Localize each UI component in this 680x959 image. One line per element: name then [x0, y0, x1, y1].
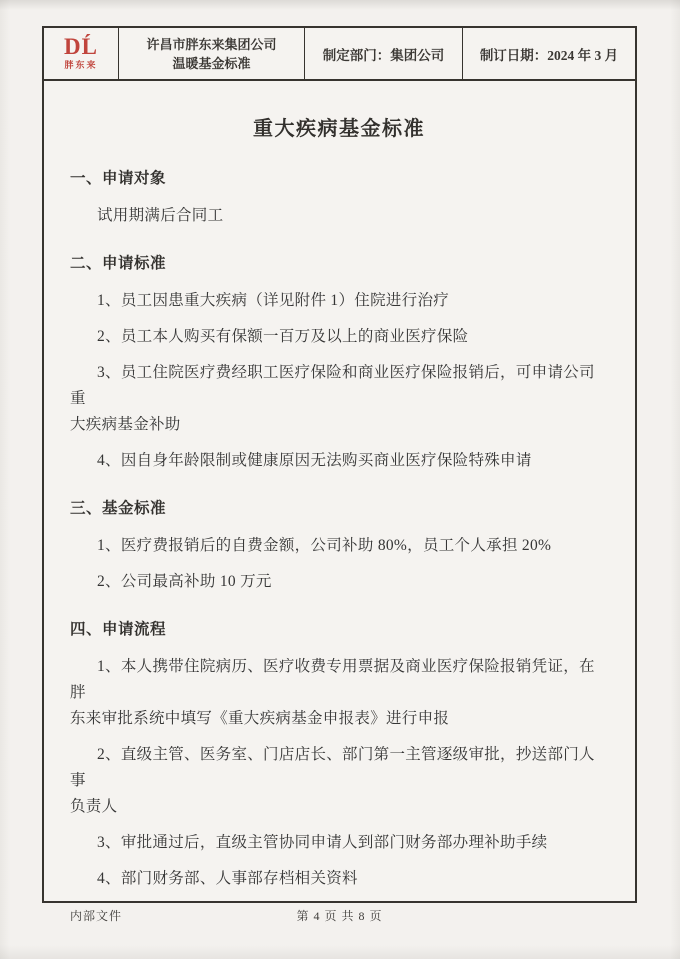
logo-dl-mark: DĹ [64, 36, 98, 57]
paragraph-line: 试用期满后合同工 [70, 203, 608, 229]
paragraph-line: 负责人 [70, 794, 608, 820]
paragraph-line: 1、本人携带住院病历、医疗收费专用票据及商业医疗保险报销凭证，在胖 [70, 654, 608, 706]
header-doc-title-cell: 许昌市胖东来集团公司 温暖基金标准 [119, 28, 305, 79]
paragraph: 4、部门财务部、人事部存档相关资料 [70, 866, 608, 892]
paragraph: 3、员工住院医疗费经职工医疗保险和商业医疗保险报销后，可申请公司重大疾病基金补助 [70, 360, 608, 438]
section-heading: 三、基金标准 [70, 495, 608, 523]
paragraph-line: 4、部门财务部、人事部存档相关资料 [70, 866, 608, 892]
paragraph-line: 2、公司最高补助 10 万元 [70, 569, 608, 595]
section-heading: 一、申请对象 [70, 165, 608, 193]
section-heading: 二、申请标准 [70, 250, 608, 278]
section: 三、基金标准1、医疗费报销后的自费金额，公司补助 80%，员工个人承担 20%2… [70, 495, 608, 595]
header-dept-cell: 制定部门：集团公司 [305, 28, 463, 79]
company-logo: DĹ 胖东来 [44, 28, 119, 79]
paragraph-line: 2、直级主管、医务室、门店店长、部门第一主管逐级审批，抄送部门人事 [70, 742, 608, 794]
section: 二、申请标准1、员工因患重大疾病（详见附件 1）住院进行治疗2、员工本人购买有保… [70, 250, 608, 474]
header-org-line1: 许昌市胖东来集团公司 [146, 35, 276, 54]
page-title: 重大疾病基金标准 [70, 114, 608, 144]
logo-company-name: 胖东来 [64, 58, 97, 71]
section: 四、申请流程1、本人携带住院病历、医疗收费专用票据及商业医疗保险报销凭证，在胖东… [70, 616, 608, 892]
sections-container: 一、申请对象试用期满后合同工二、申请标准1、员工因患重大疾病（详见附件 1）住院… [70, 165, 608, 892]
paragraph-line: 3、员工住院医疗费经职工医疗保险和商业医疗保险报销后，可申请公司重 [70, 360, 608, 412]
paragraph-line: 1、员工因患重大疾病（详见附件 1）住院进行治疗 [70, 288, 608, 314]
document-photo: { "page": { "background": "#f3f1ee", "bo… [0, 0, 680, 959]
paragraph: 试用期满后合同工 [70, 203, 608, 229]
document-header-table: DĹ 胖东来 许昌市胖东来集团公司 温暖基金标准 制定部门：集团公司 制订日期：… [44, 28, 635, 81]
paragraph-line: 1、医疗费报销后的自费金额，公司补助 80%，员工个人承担 20% [70, 533, 608, 559]
paragraph-line: 东来审批系统中填写《重大疾病基金申报表》进行申报 [70, 706, 608, 732]
paragraph: 3、审批通过后，直级主管协同申请人到部门财务部办理补助手续 [70, 830, 608, 856]
paragraph: 2、公司最高补助 10 万元 [70, 569, 608, 595]
paragraph-line: 3、审批通过后，直级主管协同申请人到部门财务部办理补助手续 [70, 830, 608, 856]
header-date-cell: 制订日期：2024 年 3 月 [463, 28, 635, 79]
document-body: 重大疾病基金标准 一、申请对象试用期满后合同工二、申请标准1、员工因患重大疾病（… [44, 114, 635, 892]
paragraph: 1、医疗费报销后的自费金额，公司补助 80%，员工个人承担 20% [70, 533, 608, 559]
paragraph-line: 4、因自身年龄限制或健康原因无法购买商业医疗保险特殊申请 [70, 448, 608, 474]
paragraph: 1、员工因患重大疾病（详见附件 1）住院进行治疗 [70, 288, 608, 314]
section: 一、申请对象试用期满后合同工 [70, 165, 608, 229]
paragraph-line: 2、员工本人购买有保额一百万及以上的商业医疗保险 [70, 324, 608, 350]
header-org-line2: 温暖基金标准 [172, 54, 250, 73]
footer-doc-class: 内部文件 [70, 905, 122, 927]
document-page: DĹ 胖东来 许昌市胖东来集团公司 温暖基金标准 制定部门：集团公司 制订日期：… [42, 26, 637, 903]
paragraph-line: 大疾病基金补助 [70, 412, 608, 438]
document-footer: 内部文件 第 4 页 共 8 页 [42, 905, 637, 927]
paragraph: 2、直级主管、医务室、门店店长、部门第一主管逐级审批，抄送部门人事负责人 [70, 742, 608, 820]
footer-page-number: 第 4 页 共 8 页 [42, 905, 637, 927]
paragraph: 2、员工本人购买有保额一百万及以上的商业医疗保险 [70, 324, 608, 350]
paragraph: 4、因自身年龄限制或健康原因无法购买商业医疗保险特殊申请 [70, 448, 608, 474]
paragraph: 1、本人携带住院病历、医疗收费专用票据及商业医疗保险报销凭证，在胖东来审批系统中… [70, 654, 608, 732]
section-heading: 四、申请流程 [70, 616, 608, 644]
